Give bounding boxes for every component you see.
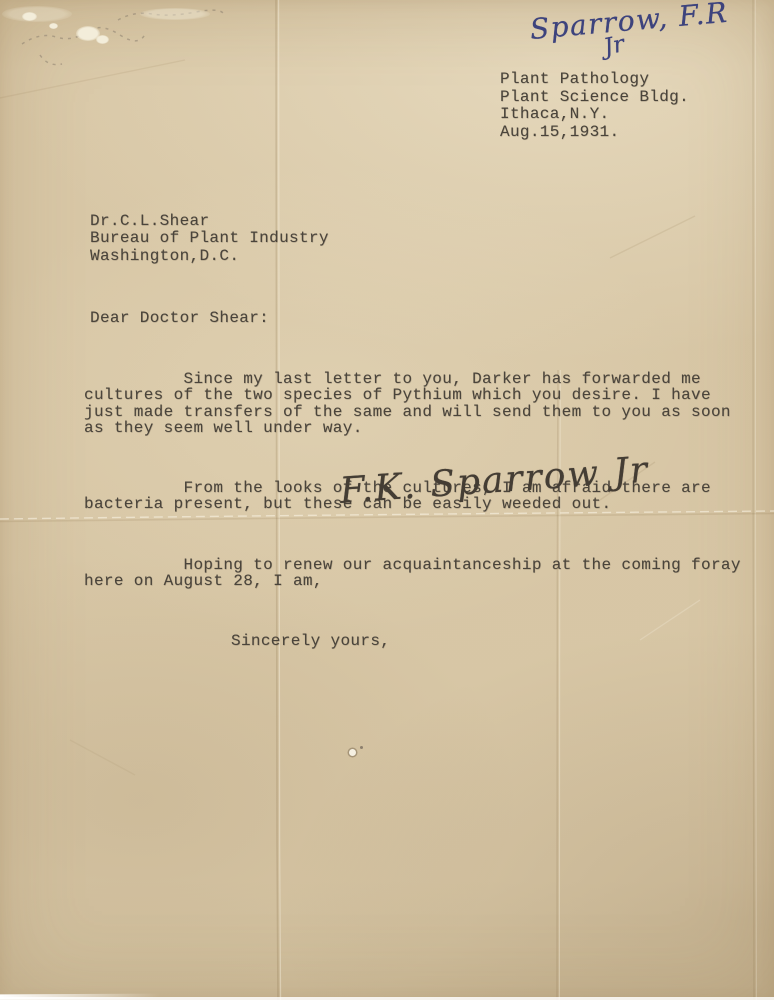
closing-phrase: Sincerely yours,: [84, 633, 741, 649]
paper-damage-spot: [49, 23, 58, 29]
paper-damage-spot: [140, 8, 210, 20]
ink-speck: [360, 746, 363, 749]
paper-hole: [349, 749, 356, 756]
letter-body: Dr.C.L.Shear Bureau of Plant Industry Wa…: [84, 180, 741, 682]
scan-edge-corner: [0, 994, 160, 1000]
recipient-address-block: Dr.C.L.Shear Bureau of Plant Industry Wa…: [90, 213, 741, 266]
letter-page: Sparrow, F.R Jr Plant Pathology Plant Sc…: [0, 0, 774, 1000]
salutation: Dear Doctor Shear:: [90, 310, 741, 328]
archival-annotation-name: Sparrow, F.R: [529, 0, 730, 46]
paper-damage-spot: [2, 6, 72, 22]
paper-damage-spot: [96, 35, 109, 44]
body-paragraph-3: Hoping to renew our acquaintanceship at …: [84, 557, 741, 590]
sender-address-block: Plant Pathology Plant Science Bldg. Itha…: [500, 71, 689, 141]
body-paragraph-1: Since my last letter to you, Darker has …: [84, 371, 741, 436]
paper-damage-spot: [22, 12, 37, 21]
